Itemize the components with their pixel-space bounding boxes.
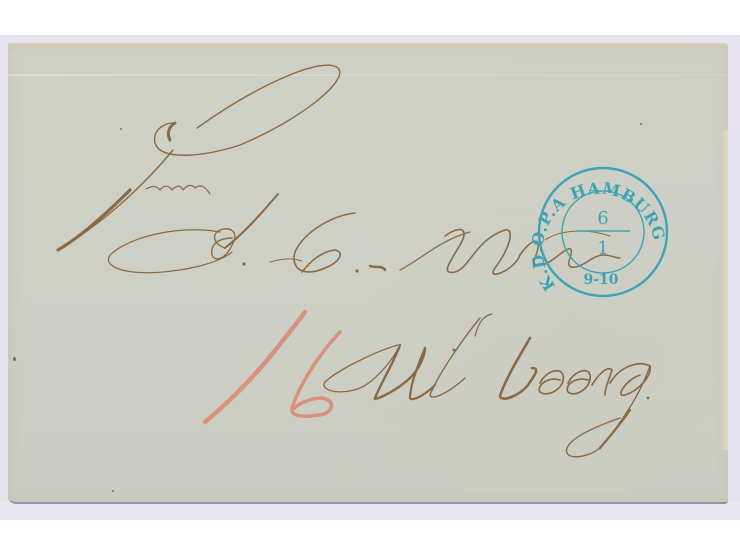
postage-marking-16: [205, 312, 340, 422]
letter-markings: K.D.O.P.A HAMBURG 6 1 9-10: [0, 0, 740, 557]
salutation-herrn: [58, 65, 340, 250]
address-handwriting: [58, 65, 650, 457]
postmark-date-month: 1: [597, 238, 608, 259]
postmark-time: 9-10: [583, 272, 618, 288]
postmark: K.D.O.P.A HAMBURG 6 1 9-10: [528, 168, 669, 296]
destination-wiborg: [324, 314, 650, 457]
postmark-date-day: 6: [597, 208, 608, 229]
